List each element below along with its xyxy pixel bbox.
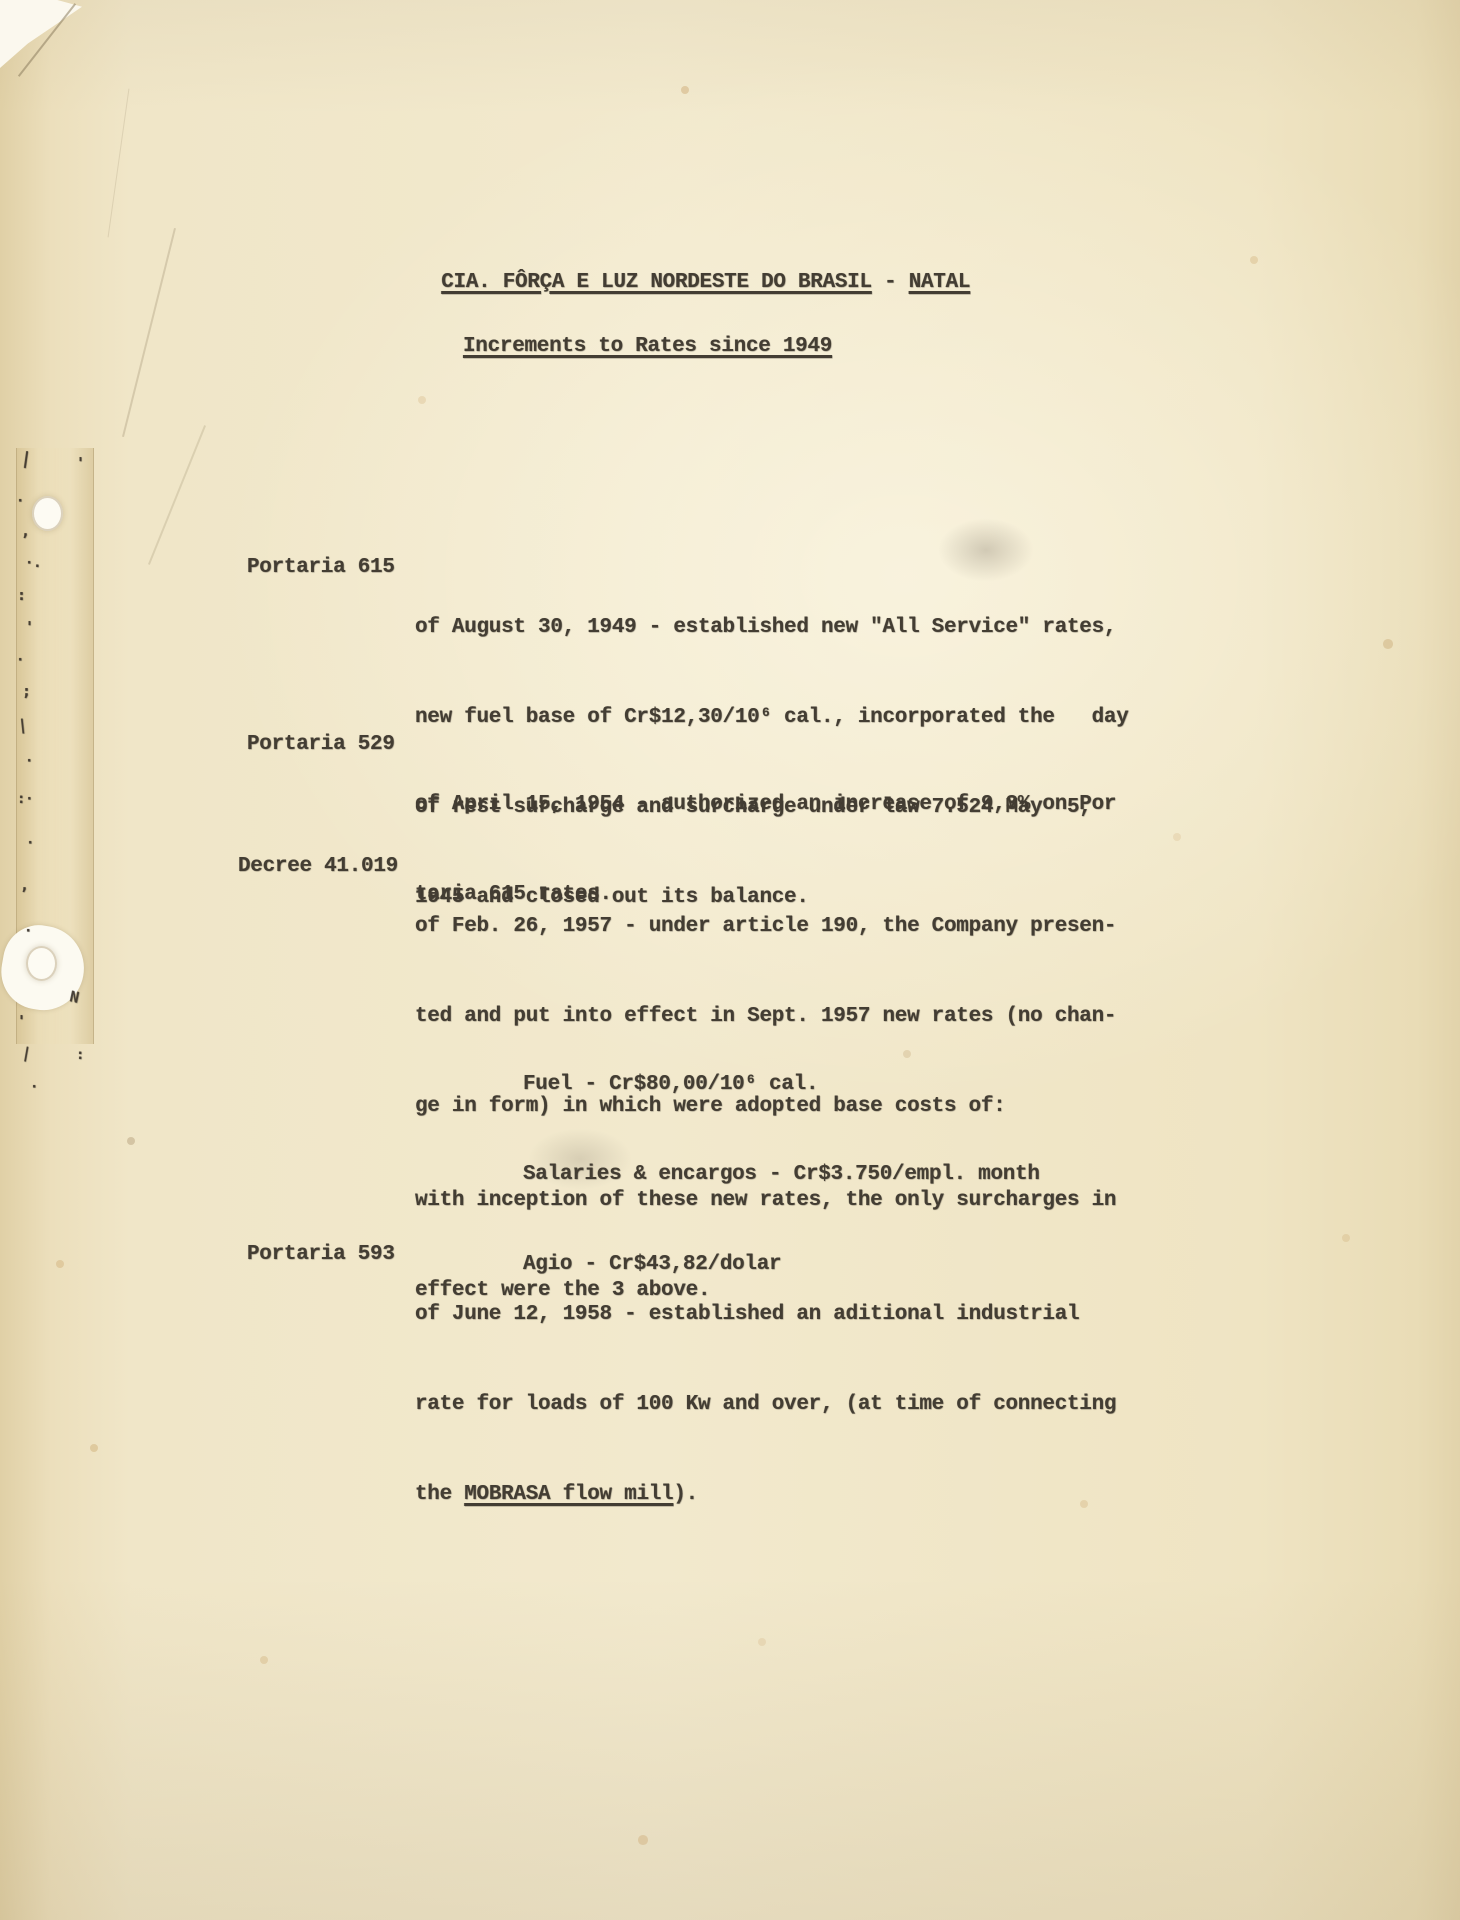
document-page: | ' · , ·. : ' · ; | · :· · , · N ' | · … xyxy=(0,0,1460,1920)
entry-label: Portaria 593 xyxy=(247,1240,395,1270)
document-title: CIA. FÔRÇA E LUZ NORDESTE DO BRASIL - NA… xyxy=(392,238,970,328)
underlined-text: MOBRASA flow mill xyxy=(464,1483,673,1506)
title-suffix: NATAL xyxy=(909,271,971,294)
title-main: CIA. FÔRÇA E LUZ NORDESTE DO BRASIL xyxy=(441,271,872,294)
entry-portaria-529: Portaria 529 of April 15, 1954 - authori… xyxy=(0,730,1460,850)
text-line: of Feb. 26, 1957 - under article 190, th… xyxy=(415,912,1116,942)
text-line: with inception of these new rates, the o… xyxy=(415,1186,1116,1216)
crease-line xyxy=(122,228,176,437)
document-subtitle: Increments to Rates since 1949 xyxy=(463,332,832,362)
entry-portaria-593: Portaria 593 of June 12, 1958 - establis… xyxy=(0,1240,1460,1360)
crease-line xyxy=(108,89,130,238)
entry-portaria-615: Portaria 615 of August 30, 1949 - establ… xyxy=(0,553,1460,673)
text-line: of August 30, 1949 - established new "Al… xyxy=(415,613,1129,643)
text-line: new fuel base of Cr$12,30/10⁶ cal., inco… xyxy=(415,703,1129,733)
title-separator: - xyxy=(872,271,909,294)
entry-label: Portaria 529 xyxy=(247,730,395,760)
text-segment: the xyxy=(415,1483,464,1506)
entry-label: Portaria 615 xyxy=(247,553,395,583)
text-line: the MOBRASA flow mill). xyxy=(415,1480,1116,1510)
entry-decree-41019: Decree 41.019 of Feb. 26, 1957 - under a… xyxy=(0,852,1460,972)
text-line: of April 15, 1954 - authorized an increa… xyxy=(415,790,1116,820)
text-segment: ). xyxy=(673,1483,698,1506)
crease-line xyxy=(148,425,206,565)
text-line: of June 12, 1958 - established an aditio… xyxy=(415,1300,1116,1330)
punch-hole-top xyxy=(32,496,63,531)
foxing-spots xyxy=(0,0,4,4)
text-line: Fuel - Cr$80,00/10⁶ cal. xyxy=(523,1070,1040,1100)
entry-label: Decree 41.019 xyxy=(238,852,398,882)
text-line: rate for loads of 100 Kw and over, (at t… xyxy=(415,1390,1116,1420)
